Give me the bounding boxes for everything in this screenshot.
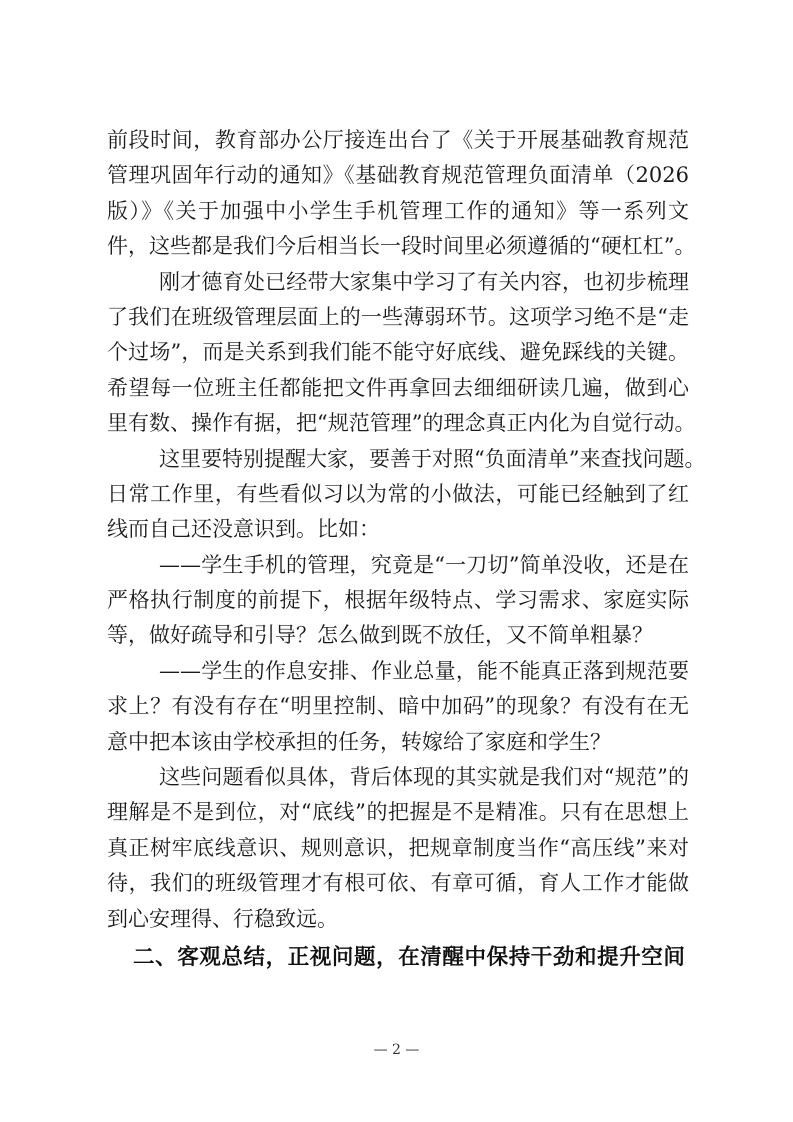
text-line: 这里要特别提醒大家，要善于对照“负面清单”来查找问题。 <box>107 442 689 477</box>
text-line: 日常工作里，有些看似习以为常的小做法，可能已经触到了红 <box>107 477 689 512</box>
paragraph: 这里要特别提醒大家，要善于对照“负面清单”来查找问题。 日常工作里，有些看似习以… <box>107 442 689 548</box>
text-line: 前段时间，教育部办公厅接连出台了《关于开展基础教育规范 <box>107 123 689 158</box>
document-body: 前段时间，教育部办公厅接连出台了《关于开展基础教育规范 管理巩固年行动的通知》《… <box>107 123 689 977</box>
document-page: 前段时间，教育部办公厅接连出台了《关于开展基础教育规范 管理巩固年行动的通知》《… <box>0 0 793 1122</box>
text-line: 这些问题看似具体，背后体现的其实就是我们对“规范”的 <box>107 760 689 795</box>
paragraph: 这些问题看似具体，背后体现的其实就是我们对“规范”的 理解是不是到位，对“底线”… <box>107 760 689 937</box>
text-line: 里有数、操作有据，把“规范管理”的理念真正内化为自觉行动。 <box>107 406 689 441</box>
text-line: 件，这些都是我们今后相当长一段时间里必须遵循的“硬杠杠”。 <box>107 229 689 264</box>
text-line: ——学生的作息安排、作业总量，能不能真正落到规范要 <box>107 654 689 689</box>
text-line: ——学生手机的管理，究竟是“一刀切”简单没收，还是在 <box>107 548 689 583</box>
text-line: 了我们在班级管理层面上的一些薄弱环节。这项学习绝不是“走 <box>107 300 689 335</box>
text-line: 理解是不是到位，对“底线”的把握是不是精准。只有在思想上 <box>107 795 689 830</box>
section-heading: 二、客观总结，正视问题，在清醒中保持干劲和提升空间 <box>107 939 689 977</box>
page-number: — 2 — <box>0 1042 793 1058</box>
text-line: 严格执行制度的前提下，根据年级特点、学习需求、家庭实际 <box>107 583 689 618</box>
paragraph: ——学生手机的管理，究竟是“一刀切”简单没收，还是在 严格执行制度的前提下，根据… <box>107 548 689 654</box>
text-line: 等，做好疏导和引导？怎么做到既不放任，又不简单粗暴？ <box>107 618 689 653</box>
paragraph: ——学生的作息安排、作业总量，能不能真正落到规范要 求上？有没有存在“明里控制、… <box>107 654 689 760</box>
text-line: 管理巩固年行动的通知》《基础教育规范管理负面清单（2026 <box>107 158 689 193</box>
paragraph: 刚才德育处已经带大家集中学习了有关内容，也初步梳理 了我们在班级管理层面上的一些… <box>107 265 689 442</box>
text-line: 求上？有没有存在“明里控制、暗中加码”的现象？有没有在无 <box>107 689 689 724</box>
text-line: 版）》《关于加强中小学生手机管理工作的通知》等一系列文 <box>107 194 689 229</box>
text-line: 待，我们的班级管理才有根可依、有章可循，育人工作才能做 <box>107 866 689 901</box>
text-line: 刚才德育处已经带大家集中学习了有关内容，也初步梳理 <box>107 265 689 300</box>
text-line: 希望每一位班主任都能把文件再拿回去细细研读几遍，做到心 <box>107 371 689 406</box>
paragraph: 前段时间，教育部办公厅接连出台了《关于开展基础教育规范 管理巩固年行动的通知》《… <box>107 123 689 265</box>
text-line: 意中把本该由学校承担的任务，转嫁给了家庭和学生？ <box>107 725 689 760</box>
text-line: 到心安理得、行稳致远。 <box>107 902 689 937</box>
text-line: 线而自己还没意识到。比如： <box>107 512 689 547</box>
text-line: 个过场”，而是关系到我们能不能守好底线、避免踩线的关键。 <box>107 335 689 370</box>
text-line: 真正树牢底线意识、规则意识，把规章制度当作“高压线”来对 <box>107 831 689 866</box>
